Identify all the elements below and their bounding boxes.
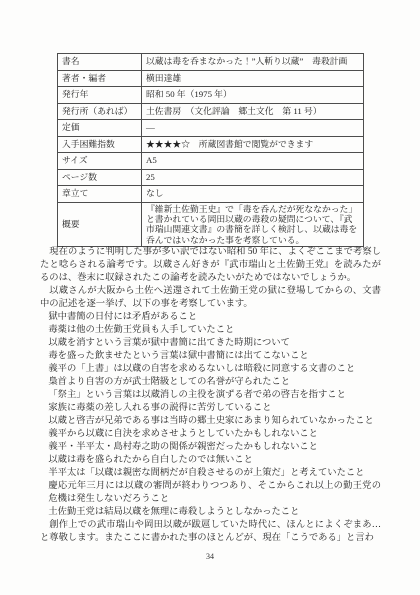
row-label: 著者・編者 [58, 70, 142, 87]
row-label: ページ数 [58, 169, 142, 186]
list-item: 以蔵を消すという言葉が獄中書簡に出てきた時期について [48, 337, 381, 350]
list-item: 以蔵は毒を盛られたから自白したのでは無いこと [48, 454, 381, 467]
list-item: 義平・半平太・島村寿之助の関係が親密だったかもしれないこと [48, 441, 381, 454]
table-row-price: 定価 ― [58, 120, 364, 137]
list-item: 「祭主」という言葉は以蔵消しの主役を演ずる者で弟の啓吉を指すこと [48, 389, 381, 402]
row-label: 概要 [58, 202, 142, 247]
list-item: 慶応元年三月には以蔵の審問が終わりつつあり、そこからこれ以上の勤王党の危機は発生… [48, 480, 381, 506]
consideration-list: 獄中書簡の日付には矛盾があること 毒薬は他の土佐勤王党員も入手していたこと 以蔵… [40, 311, 381, 519]
list-item: 毒薬は他の土佐勤王党員も入手していたこと [48, 324, 381, 337]
list-item: 義平から以蔵に自決を求めさせようとしていたかもしれないこと [48, 428, 381, 441]
row-value: なし [142, 186, 364, 203]
row-value: 25 [142, 169, 364, 186]
book-info-table: 書名 以蔵は毒を呑まなかった！”人斬り以蔵” 毒殺計画 著者・編者 横田達雄 発… [57, 53, 364, 247]
row-label: 定価 [58, 120, 142, 137]
table-row-pages: ページ数 25 [58, 169, 364, 186]
row-label: 発行所（あれば） [58, 103, 142, 120]
list-item: 義平の「上書」は以蔵の自害を求めるないしは暗殺に同意する文書のこと [48, 363, 381, 376]
list-item: 以蔵と啓吉が兄弟である事は当時の郷土史家にあまり知られていなかったこと [48, 415, 381, 428]
table-row-size: サイズ A5 [58, 153, 364, 170]
paragraph-intro: 現在のように判明した事が多い訳ではない昭和 50 年に、よくぞここまで考察したと… [40, 246, 381, 285]
table-row-chapters: 章立て なし [58, 186, 364, 203]
row-label: 発行年 [58, 87, 142, 104]
list-item: 獄中書簡の日付には矛盾があること [48, 311, 381, 324]
row-label: 章立て [58, 186, 142, 203]
list-item: 毒を盛った飲ませたという言葉は獄中書簡には出てこないこと [48, 350, 381, 363]
list-item: 梟首より自害の方が武士階級としての名誉が守られたこと [48, 376, 381, 389]
paragraph-context: 以蔵さんが大阪から土佐へ送還されて土佐勤王党の獄に登場してからの、文書中の記述を… [40, 285, 381, 311]
document-page: 書名 以蔵は毒を呑まなかった！”人斬り以蔵” 毒殺計画 著者・編者 横田達雄 発… [0, 0, 420, 595]
row-value: 昭和 50 年（1975 年） [142, 87, 364, 104]
review-body: 現在のように判明した事が多い訳ではない昭和 50 年に、よくぞここまで考察したと… [40, 246, 381, 545]
page-number: 34 [0, 552, 420, 561]
table-row-publisher: 発行所（あれば） 土佐書房 （文化評論 郷土文化 第 11 号） [58, 103, 364, 120]
row-label: サイズ [58, 153, 142, 170]
row-value: 以蔵は毒を呑まなかった！”人斬り以蔵” 毒殺計画 [142, 54, 364, 71]
row-value: 『維新土佐勤王史』で「毒を呑んだが死ななかった」と書かれている岡田以蔵の毒殺の疑… [142, 202, 364, 247]
row-value: ★★★★☆ 所蔵図書館で閲覧ができます [142, 136, 364, 153]
table-row-title: 書名 以蔵は毒を呑まなかった！”人斬り以蔵” 毒殺計画 [58, 54, 364, 71]
list-item: 半平太は「以蔵は親密な間柄だが自殺させるのが上策だ」と考えていたこと [48, 467, 381, 480]
row-value: A5 [142, 153, 364, 170]
row-value: 土佐書房 （文化評論 郷土文化 第 11 号） [142, 103, 364, 120]
list-item: 家族に毒薬の差し入れる事の説得に苦労していること [48, 402, 381, 415]
table-row-summary: 概要 『維新土佐勤王史』で「毒を呑んだが死ななかった」と書かれている岡田以蔵の毒… [58, 202, 364, 247]
row-label: 書名 [58, 54, 142, 71]
table-row-year: 発行年 昭和 50 年（1975 年） [58, 87, 364, 104]
row-value: 横田達雄 [142, 70, 364, 87]
table-row-author: 著者・編者 横田達雄 [58, 70, 364, 87]
row-label: 入手困難指数 [58, 136, 142, 153]
list-item: 土佐勤王党は結局以蔵を無理に毒殺しようとしなかったこと [48, 506, 381, 519]
table-row-rarity: 入手困難指数 ★★★★☆ 所蔵図書館で閲覧ができます [58, 136, 364, 153]
paragraph-closing: 創作上での武市瑞山や岡田以蔵が跋扈していた時代に、ほんとによくぞまあ…と尊敬しま… [40, 519, 381, 545]
row-value: ― [142, 120, 364, 137]
